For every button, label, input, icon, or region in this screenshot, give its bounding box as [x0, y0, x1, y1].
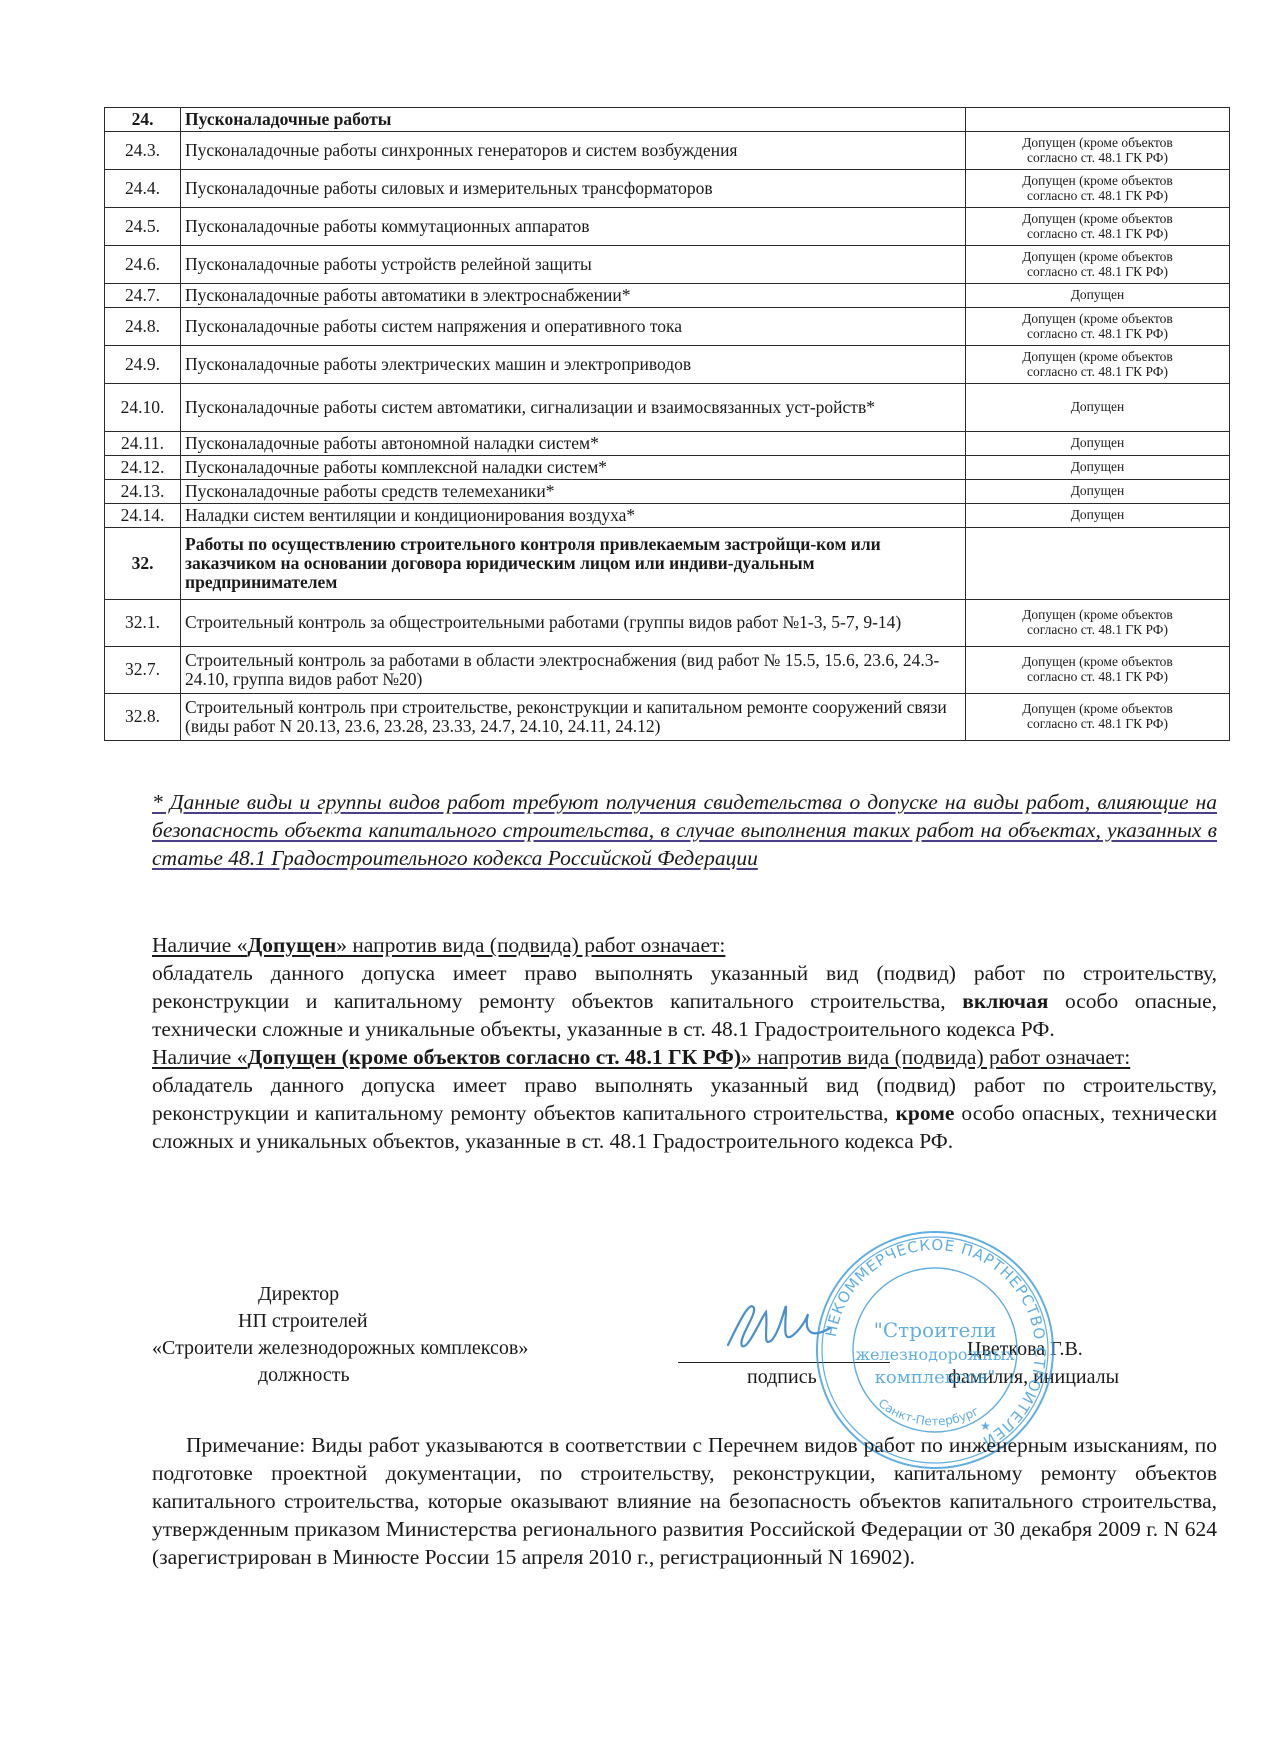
- legal-note: Примечание: Виды работ указываются в соо…: [152, 1431, 1217, 1571]
- text: » напротив вида (подвида) работ означает…: [336, 933, 725, 957]
- table-row: 24.5. Пусконаладочные работы коммутацион…: [105, 208, 1230, 246]
- work-status: [966, 528, 1230, 600]
- work-status: Допущен (кроме объектовсогласно ст. 48.1…: [966, 246, 1230, 284]
- explanation-p2-heading: Наличие «Допущен (кроме объектов согласн…: [152, 1043, 1217, 1071]
- work-status: Допущен (кроме объектовсогласно ст. 48.1…: [966, 308, 1230, 346]
- work-status: [966, 108, 1230, 132]
- work-name: Пусконаладочные работы систем автоматики…: [181, 384, 966, 432]
- work-name: Пусконаладочные работы автоматики в элек…: [181, 284, 966, 308]
- work-status: Допущен: [966, 456, 1230, 480]
- status-label-admitted-except: Допущен (кроме объектов согласно ст. 48.…: [247, 1045, 741, 1069]
- work-name: Пусконаладочные работы: [181, 108, 966, 132]
- work-number: 24.14.: [105, 504, 181, 528]
- work-name: Пусконаладочные работы коммутационных ап…: [181, 208, 966, 246]
- work-number: 24.5.: [105, 208, 181, 246]
- explanation: Наличие «Допущен» напротив вида (подвида…: [152, 931, 1217, 1155]
- table-row: 24.11. Пусконаладочные работы автономной…: [105, 432, 1230, 456]
- table-row: 24.9. Пусконаладочные работы электрическ…: [105, 346, 1230, 384]
- work-name: Пусконаладочные работы силовых и измерит…: [181, 170, 966, 208]
- table-row: 24.3. Пусконаладочные работы синхронных …: [105, 132, 1230, 170]
- work-status: Допущен (кроме объектовсогласно ст. 48.1…: [966, 132, 1230, 170]
- work-status: Допущен: [966, 284, 1230, 308]
- footnote: * Данные виды и группы видов работ требу…: [152, 788, 1217, 872]
- work-name: Наладки систем вентиляции и кондициониро…: [181, 504, 966, 528]
- signatory-position: Директор: [258, 1281, 339, 1308]
- status-label-admitted: Допущен: [247, 933, 336, 957]
- text: Наличие «: [152, 1045, 247, 1069]
- signatory-name: Цветкова Г.В.: [967, 1336, 1083, 1363]
- work-name: Пусконаладочные работы синхронных генера…: [181, 132, 966, 170]
- explanation-p1-heading: Наличие «Допущен» напротив вида (подвида…: [152, 931, 1217, 959]
- table-row: 32.8. Строительный контроль при строител…: [105, 694, 1230, 741]
- emphasis-except: кроме: [896, 1101, 955, 1125]
- position-caption: должность: [258, 1362, 350, 1389]
- handwritten-signature-icon: [720, 1290, 840, 1360]
- name-caption: фамилия, инициалы: [948, 1364, 1119, 1391]
- work-number: 24.9.: [105, 346, 181, 384]
- table-row: 24.8. Пусконаладочные работы систем напр…: [105, 308, 1230, 346]
- signature-caption: подпись: [747, 1364, 817, 1391]
- work-name: Строительный контроль за работами в обла…: [181, 647, 966, 694]
- table-row: 24.7. Пусконаладочные работы автоматики …: [105, 284, 1230, 308]
- signatory-organization: НП строителей: [238, 1308, 368, 1335]
- work-number: 32.8.: [105, 694, 181, 741]
- work-number: 24.6.: [105, 246, 181, 284]
- table-group-row: 24. Пусконаладочные работы: [105, 108, 1230, 132]
- table-row: 24.14. Наладки систем вентиляции и конди…: [105, 504, 1230, 528]
- work-name: Пусконаладочные работы электрических маш…: [181, 346, 966, 384]
- work-number: 24.7.: [105, 284, 181, 308]
- work-number: 32.7.: [105, 647, 181, 694]
- work-name: Работы по осуществлению строительного ко…: [181, 528, 966, 600]
- table-row: 24.10. Пусконаладочные работы систем авт…: [105, 384, 1230, 432]
- work-status: Допущен: [966, 504, 1230, 528]
- text: » напротив вида (подвида) работ означает…: [741, 1045, 1130, 1069]
- work-number: 24.: [105, 108, 181, 132]
- work-name: Пусконаладочные работы средств телемехан…: [181, 480, 966, 504]
- table-row: 24.13. Пусконаладочные работы средств те…: [105, 480, 1230, 504]
- signature-line: [678, 1362, 890, 1363]
- work-status: Допущен (кроме объектовсогласно ст. 48.1…: [966, 346, 1230, 384]
- work-name: Строительный контроль за общестроительны…: [181, 600, 966, 647]
- work-number: 32.1.: [105, 600, 181, 647]
- work-name: Пусконаладочные работы комплексной налад…: [181, 456, 966, 480]
- work-name: Строительный контроль при строительстве,…: [181, 694, 966, 741]
- explanation-p1-body: обладатель данного допуска имеет право в…: [152, 959, 1217, 1043]
- text: Наличие «: [152, 933, 247, 957]
- work-name: Пусконаладочные работы автономной наладк…: [181, 432, 966, 456]
- table-row: 24.4. Пусконаладочные работы силовых и и…: [105, 170, 1230, 208]
- signatory-organization-name: «Строители железнодорожных комплексов»: [152, 1335, 528, 1362]
- table-group-row: 32. Работы по осуществлению строительног…: [105, 528, 1230, 600]
- work-number: 24.10.: [105, 384, 181, 432]
- explanation-p2-body: обладатель данного допуска имеет право в…: [152, 1071, 1217, 1155]
- table-row: 32.1. Строительный контроль за общестрои…: [105, 600, 1230, 647]
- table-row: 24.6. Пусконаладочные работы устройств р…: [105, 246, 1230, 284]
- work-status: Допущен: [966, 432, 1230, 456]
- work-number: 24.12.: [105, 456, 181, 480]
- work-status: Допущен (кроме объектовсогласно ст. 48.1…: [966, 208, 1230, 246]
- work-number: 24.11.: [105, 432, 181, 456]
- work-name: Пусконаладочные работы систем напряжения…: [181, 308, 966, 346]
- table-row: 32.7. Строительный контроль за работами …: [105, 647, 1230, 694]
- work-status: Допущен: [966, 384, 1230, 432]
- work-status: Допущен (кроме объектовсогласно ст. 48.1…: [966, 170, 1230, 208]
- table-row: 24.12. Пусконаладочные работы комплексно…: [105, 456, 1230, 480]
- emphasis-including: включая: [962, 989, 1048, 1013]
- work-types-table: 24. Пусконаладочные работы 24.3. Пускона…: [104, 107, 1230, 741]
- work-number: 24.8.: [105, 308, 181, 346]
- work-number: 24.4.: [105, 170, 181, 208]
- work-name: Пусконаладочные работы устройств релейно…: [181, 246, 966, 284]
- svg-text:Санкт-Петербург: Санкт-Петербург: [876, 1396, 982, 1428]
- work-number: 24.13.: [105, 480, 181, 504]
- work-status: Допущен: [966, 480, 1230, 504]
- work-number: 32.: [105, 528, 181, 600]
- work-status: Допущен (кроме объектовсогласно ст. 48.1…: [966, 647, 1230, 694]
- stamp-bottom-text: Санкт-Петербург: [876, 1396, 982, 1428]
- work-number: 24.3.: [105, 132, 181, 170]
- work-status: Допущен (кроме объектовсогласно ст. 48.1…: [966, 600, 1230, 647]
- work-status: Допущен (кроме объектовсогласно ст. 48.1…: [966, 694, 1230, 741]
